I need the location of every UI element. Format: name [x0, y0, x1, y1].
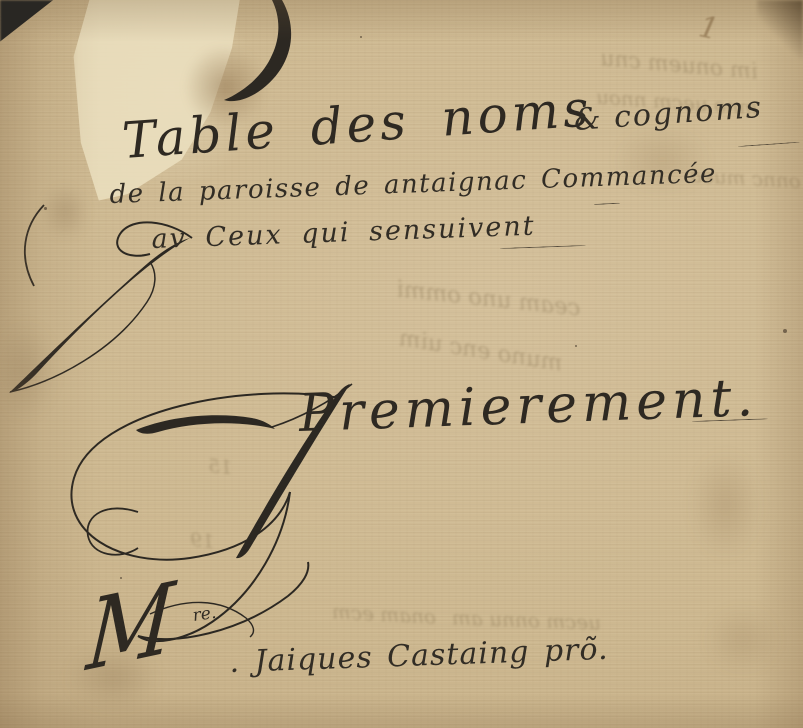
manuscript-page: im onuem cnu mno uecm nnou onnc muea cea… — [0, 0, 803, 728]
edge-vignette — [0, 0, 803, 728]
dark-corner-top-right — [757, 0, 803, 58]
